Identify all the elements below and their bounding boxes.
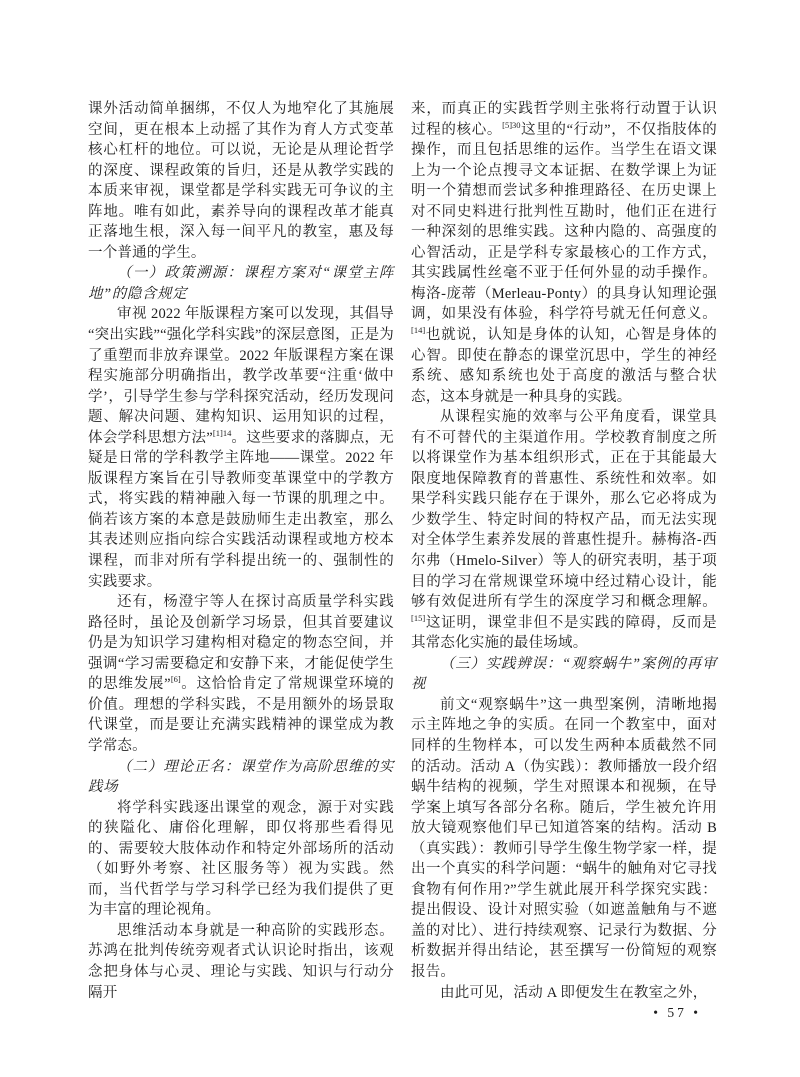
body-paragraph: 将学科实践逐出课堂的观念，源于对实践的狭隘化、庸俗化理解，即仅将那些看得见的、需… bbox=[88, 798, 394, 921]
text-run: 思维活动本身就是一种高阶的实践形态。苏鸿在批判传统旁观者式认识论时指出，该观念把… bbox=[88, 923, 394, 1001]
text-run: 。这些要求的落脚点，无疑是日常的学科教学主阵地——课堂。2022 年版课程方案旨… bbox=[88, 430, 394, 590]
text-run: （三）实践辨误：“观察蜗牛”案例的再审视 bbox=[411, 656, 717, 693]
body-paragraph: 还有，杨澄宇等人在探讨高质量学科实践路径时，虽论及创新学习场景，但其首要建议仍是… bbox=[88, 592, 394, 756]
text-run: （一）政策溯源：课程方案对“课堂主阵地”的隐含规定 bbox=[88, 265, 394, 302]
section-heading: （一）政策溯源：课程方案对“课堂主阵地”的隐含规定 bbox=[88, 263, 394, 304]
body-paragraph: 审视 2022 年版课程方案可以发现，其倡导“突出实践”“强化学科实践”的深层意… bbox=[88, 304, 394, 592]
body-paragraph: 前文“观察蜗牛”这一典型案例，清晰地揭示主阵地之争的实质。在同一个教室中，面对同… bbox=[411, 695, 717, 983]
body-paragraph: 课外活动简单捆绑，不仅人为地窄化了其施展空间，更在根本上动摇了其作为育人方式变革… bbox=[88, 99, 394, 263]
text-run: 课外活动简单捆绑，不仅人为地窄化了其施展空间，更在根本上动摇了其作为育人方式变革… bbox=[88, 101, 394, 261]
text-run: 也就说，认知是身体的认知，心智是身体的心智。即使在静态的课堂沉思中，学生的神经系… bbox=[411, 327, 717, 405]
section-heading: （三）实践辨误：“观察蜗牛”案例的再审视 bbox=[411, 654, 717, 695]
text-run: （二）理论正名：课堂作为高阶思维的实践场 bbox=[88, 759, 394, 796]
text-run: 审视 2022 年版课程方案可以发现，其倡导“突出实践”“强化学科实践”的深层意… bbox=[88, 306, 394, 445]
body-paragraph: 来，而真正的实践哲学则主张将行动置于认识过程的核心。[5]30这里的“行动”，不… bbox=[411, 99, 717, 407]
journal-page: 课外活动简单捆绑，不仅人为地窄化了其施展空间，更在根本上动摇了其作为育人方式变革… bbox=[0, 0, 800, 1077]
page-content: 课外活动简单捆绑，不仅人为地窄化了其施展空间，更在根本上动摇了其作为育人方式变革… bbox=[88, 99, 717, 1024]
body-paragraph: 由此可见，活动 A 即便发生在教室之外， bbox=[411, 983, 717, 1004]
section-heading: （二）理论正名：课堂作为高阶思维的实践场 bbox=[88, 757, 394, 798]
body-paragraph: 从课程实施的效率与公平角度看，课堂具有不可替代的主渠道作用。学校教育制度之所以将… bbox=[411, 407, 717, 654]
text-run: 这证明，课堂非但不是实践的障碍，反而是其常态化实施的最佳场域。 bbox=[411, 615, 717, 652]
citation-superscript: [14] bbox=[411, 325, 425, 335]
citation-superscript: [1]14 bbox=[213, 428, 231, 438]
citation-superscript: [6] bbox=[171, 674, 181, 684]
text-run: 从课程实施的效率与公平角度看，课堂具有不可替代的主渠道作用。学校教育制度之所以将… bbox=[411, 409, 717, 610]
body-paragraph: 思维活动本身就是一种高阶的实践形态。苏鸿在批判传统旁观者式认识论时指出，该观念把… bbox=[88, 921, 394, 1003]
citation-superscript: [5]30 bbox=[502, 120, 520, 130]
text-run: 这里的“行动”，不仅指肢体的操作，而且包括思维的运作。当学生在语文课上为一个论点… bbox=[411, 122, 717, 323]
right-column: 来，而真正的实践哲学则主张将行动置于认识过程的核心。[5]30这里的“行动”，不… bbox=[411, 99, 717, 1024]
page-number: • 57 • bbox=[411, 1003, 717, 1024]
text-run: 将学科实践逐出课堂的观念，源于对实践的狭隘化、庸俗化理解，即仅将那些看得见的、需… bbox=[88, 800, 394, 919]
citation-superscript: [15] bbox=[411, 613, 425, 623]
text-run: 由此可见，活动 A 即便发生在教室之外， bbox=[440, 985, 707, 1001]
left-column: 课外活动简单捆绑，不仅人为地窄化了其施展空间，更在根本上动摇了其作为育人方式变革… bbox=[88, 99, 394, 1024]
text-run: 前文“观察蜗牛”这一典型案例，清晰地揭示主阵地之争的实质。在同一个教室中，面对同… bbox=[411, 697, 717, 980]
